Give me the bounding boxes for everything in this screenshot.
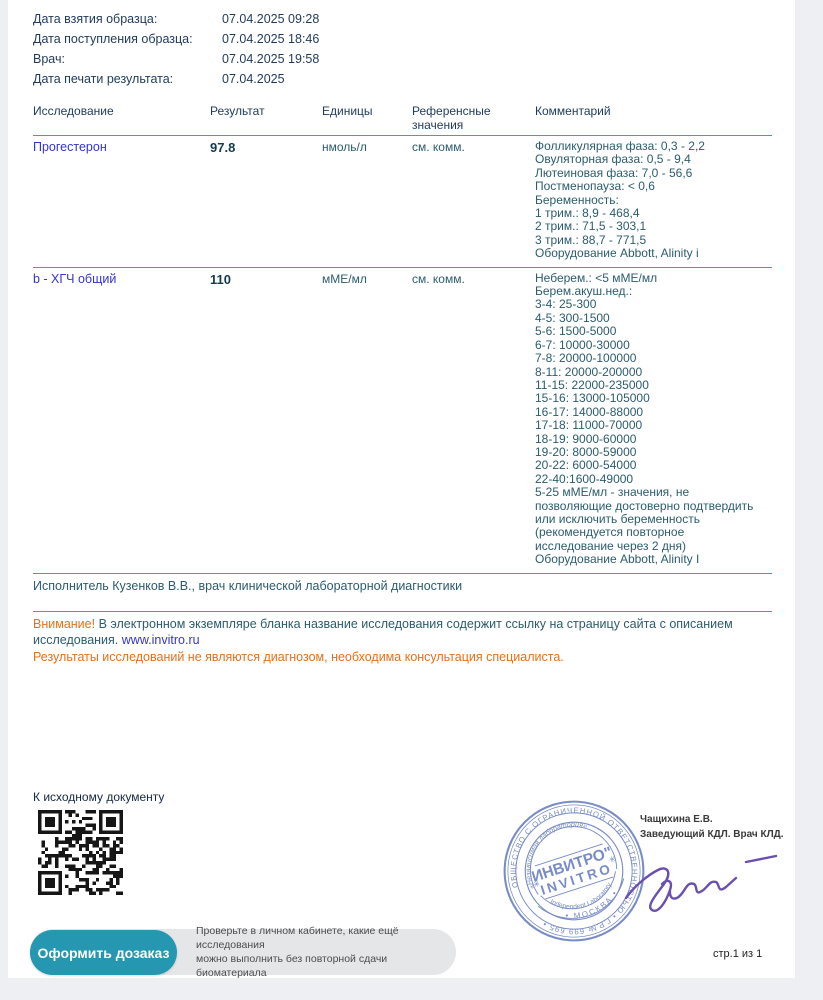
lab-report-page: Дата взятия образца: 07.04.2025 09:28 Да…	[8, 0, 795, 978]
meta-label: Дата печати результата:	[33, 69, 222, 89]
result-value: 110	[210, 272, 322, 287]
table-header-row: Исследование Результат Единицы Референсн…	[33, 102, 772, 136]
header-reference: Референсные значения	[412, 102, 535, 132]
reference-value: см. комм.	[412, 140, 535, 154]
test-name-link[interactable]: b - ХГЧ общий	[33, 272, 116, 286]
meta-label: Врач:	[33, 49, 222, 69]
notices-block: Внимание! В электронном экземпляре бланк…	[33, 616, 772, 666]
meta-label: Дата взятия образца:	[33, 9, 222, 29]
header-units: Единицы	[322, 102, 412, 118]
header-result: Результат	[210, 102, 322, 118]
table-row-progesterone: Прогестерон 97.8 нмоль/л см. комм. Фолли…	[33, 136, 772, 268]
comment-text: Фолликулярная фаза: 0,3 - 2,2 Овуляторна…	[535, 140, 772, 261]
meta-row-doctor: Врач: 07.04.2025 19:58	[33, 49, 772, 69]
warning-paragraph: Внимание! В электронном экземпляре бланк…	[33, 616, 772, 649]
signer-name: Чащихина Е.В.	[640, 812, 784, 827]
units-value: нмоль/л	[322, 140, 412, 154]
meta-dates: Дата взятия образца: 07.04.2025 09:28 Да…	[33, 9, 772, 89]
disclaimer-text: Результаты исследований не являются диаг…	[33, 649, 772, 666]
comment-text: Неберем.: <5 мМЕ/мл Берем.акуш.нед.: 3-4…	[535, 272, 772, 567]
section-divider	[33, 611, 772, 612]
warning-label: Внимание!	[33, 617, 95, 631]
header-comment: Комментарий	[535, 102, 772, 118]
meta-value: 07.04.2025 19:58	[222, 49, 319, 69]
reorder-button[interactable]: Оформить дозаказ	[30, 930, 177, 975]
meta-row-print-date: Дата печати результата: 07.04.2025	[33, 69, 772, 89]
reference-value: см. комм.	[412, 272, 535, 286]
signature	[620, 840, 785, 925]
table-row-hcg: b - ХГЧ общий 110 мМЕ/мл см. комм. Небер…	[33, 268, 772, 574]
meta-label: Дата поступления образца:	[33, 29, 222, 49]
signer-block: Чащихина Е.В. Заведующий КДЛ. Врач КЛД.	[640, 812, 784, 842]
qr-source-label: К исходному документу	[33, 790, 164, 804]
results-table: Исследование Результат Единицы Референсн…	[33, 102, 772, 574]
hint-text: Проверьте в личном кабинете, какие ещё и…	[196, 924, 456, 980]
qr-code[interactable]	[38, 810, 123, 895]
invitro-site-link[interactable]: www.invitro.ru	[122, 633, 200, 647]
meta-value: 07.04.2025 09:28	[222, 9, 319, 29]
header-test: Исследование	[33, 102, 210, 118]
result-value: 97.8	[210, 140, 322, 155]
executor-line: Исполнитель Кузенков В.В., врач клиничес…	[33, 579, 772, 593]
units-value: мМЕ/мл	[322, 272, 412, 286]
test-name-link[interactable]: Прогестерон	[33, 140, 107, 154]
meta-row-sample-received: Дата поступления образца: 07.04.2025 18:…	[33, 29, 772, 49]
meta-row-sample-taken: Дата взятия образца: 07.04.2025 09:28	[33, 9, 772, 29]
meta-value: 07.04.2025	[222, 69, 285, 89]
page-indicator: стр.1 из 1	[713, 948, 762, 960]
meta-value: 07.04.2025 18:46	[222, 29, 319, 49]
